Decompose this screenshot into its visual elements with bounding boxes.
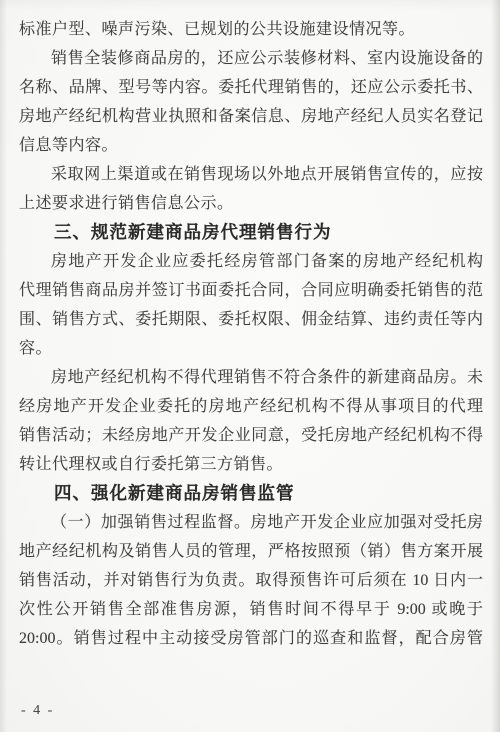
text-line: 销售活动，并对销售行为负责。取得预售许可后须在 10 日内一 — [19, 566, 483, 595]
text-line: 地产经纪机构及销售人员的管理，严格按照预（销）售方案开展 — [19, 537, 483, 566]
text-line: 采取网上渠道或在销售现场以外地点开展销售宣传的，应按 — [19, 160, 483, 189]
text-line: 标准户型、噪声污染、已规划的公共设施建设情况等。 — [19, 15, 483, 44]
text-line: （一）加强销售过程监督。房地产开发企业应加强对受托房 — [19, 508, 483, 537]
scanned-document-page: 标准户型、噪声污染、已规划的公共设施建设情况等。 销售全装修商品房的，还应公示装… — [0, 0, 500, 732]
text-line: 房地产开发企业应委托经房管部门备案的房地产经纪机构 — [19, 247, 483, 276]
section-heading: 四、强化新建商品房销售监管 — [19, 479, 483, 508]
text-line: 经房地产开发企业委托的房地产经纪机构不得从事项目的代理 — [19, 392, 483, 421]
document-text-block: 标准户型、噪声污染、已规划的公共设施建设情况等。 销售全装修商品房的，还应公示装… — [19, 15, 483, 653]
text-line: 房地产经纪机构不得代理销售不符合条件的新建商品房。未 — [19, 363, 483, 392]
text-line: 容。 — [19, 334, 483, 363]
text-line: 上述要求进行销售信息公示。 — [19, 189, 483, 218]
text-line: 代理销售商品房并签订书面委托合同，合同应明确委托销售的范 — [19, 276, 483, 305]
text-line: 围、销售方式、委托期限、委托权限、佣金结算、违约责任等内 — [19, 305, 483, 334]
text-line: 20:00。销售过程中主动接受房管部门的巡查和监督，配合房管 — [19, 624, 483, 653]
text-line: 销售全装修商品房的，还应公示装修材料、室内设施设备的 — [19, 44, 483, 73]
text-line: 名称、品牌、型号等内容。委托代理销售的，还应公示委托书、 — [19, 73, 483, 102]
text-line: 信息等内容。 — [19, 131, 483, 160]
text-line: 次性公开销售全部准售房源，销售时间不得早于 9:00 或晚于 — [19, 595, 483, 624]
text-line: 房地产经纪机构营业执照和备案信息、房地产经纪人员实名登记 — [19, 102, 483, 131]
section-heading: 三、规范新建商品房代理销售行为 — [19, 218, 483, 247]
text-line: 转让代理权或自行委托第三方销售。 — [19, 450, 483, 479]
text-line: 销售活动；未经房地产开发企业同意，受托房地产经纪机构不得 — [19, 421, 483, 450]
page-number: - 4 - — [21, 702, 54, 720]
